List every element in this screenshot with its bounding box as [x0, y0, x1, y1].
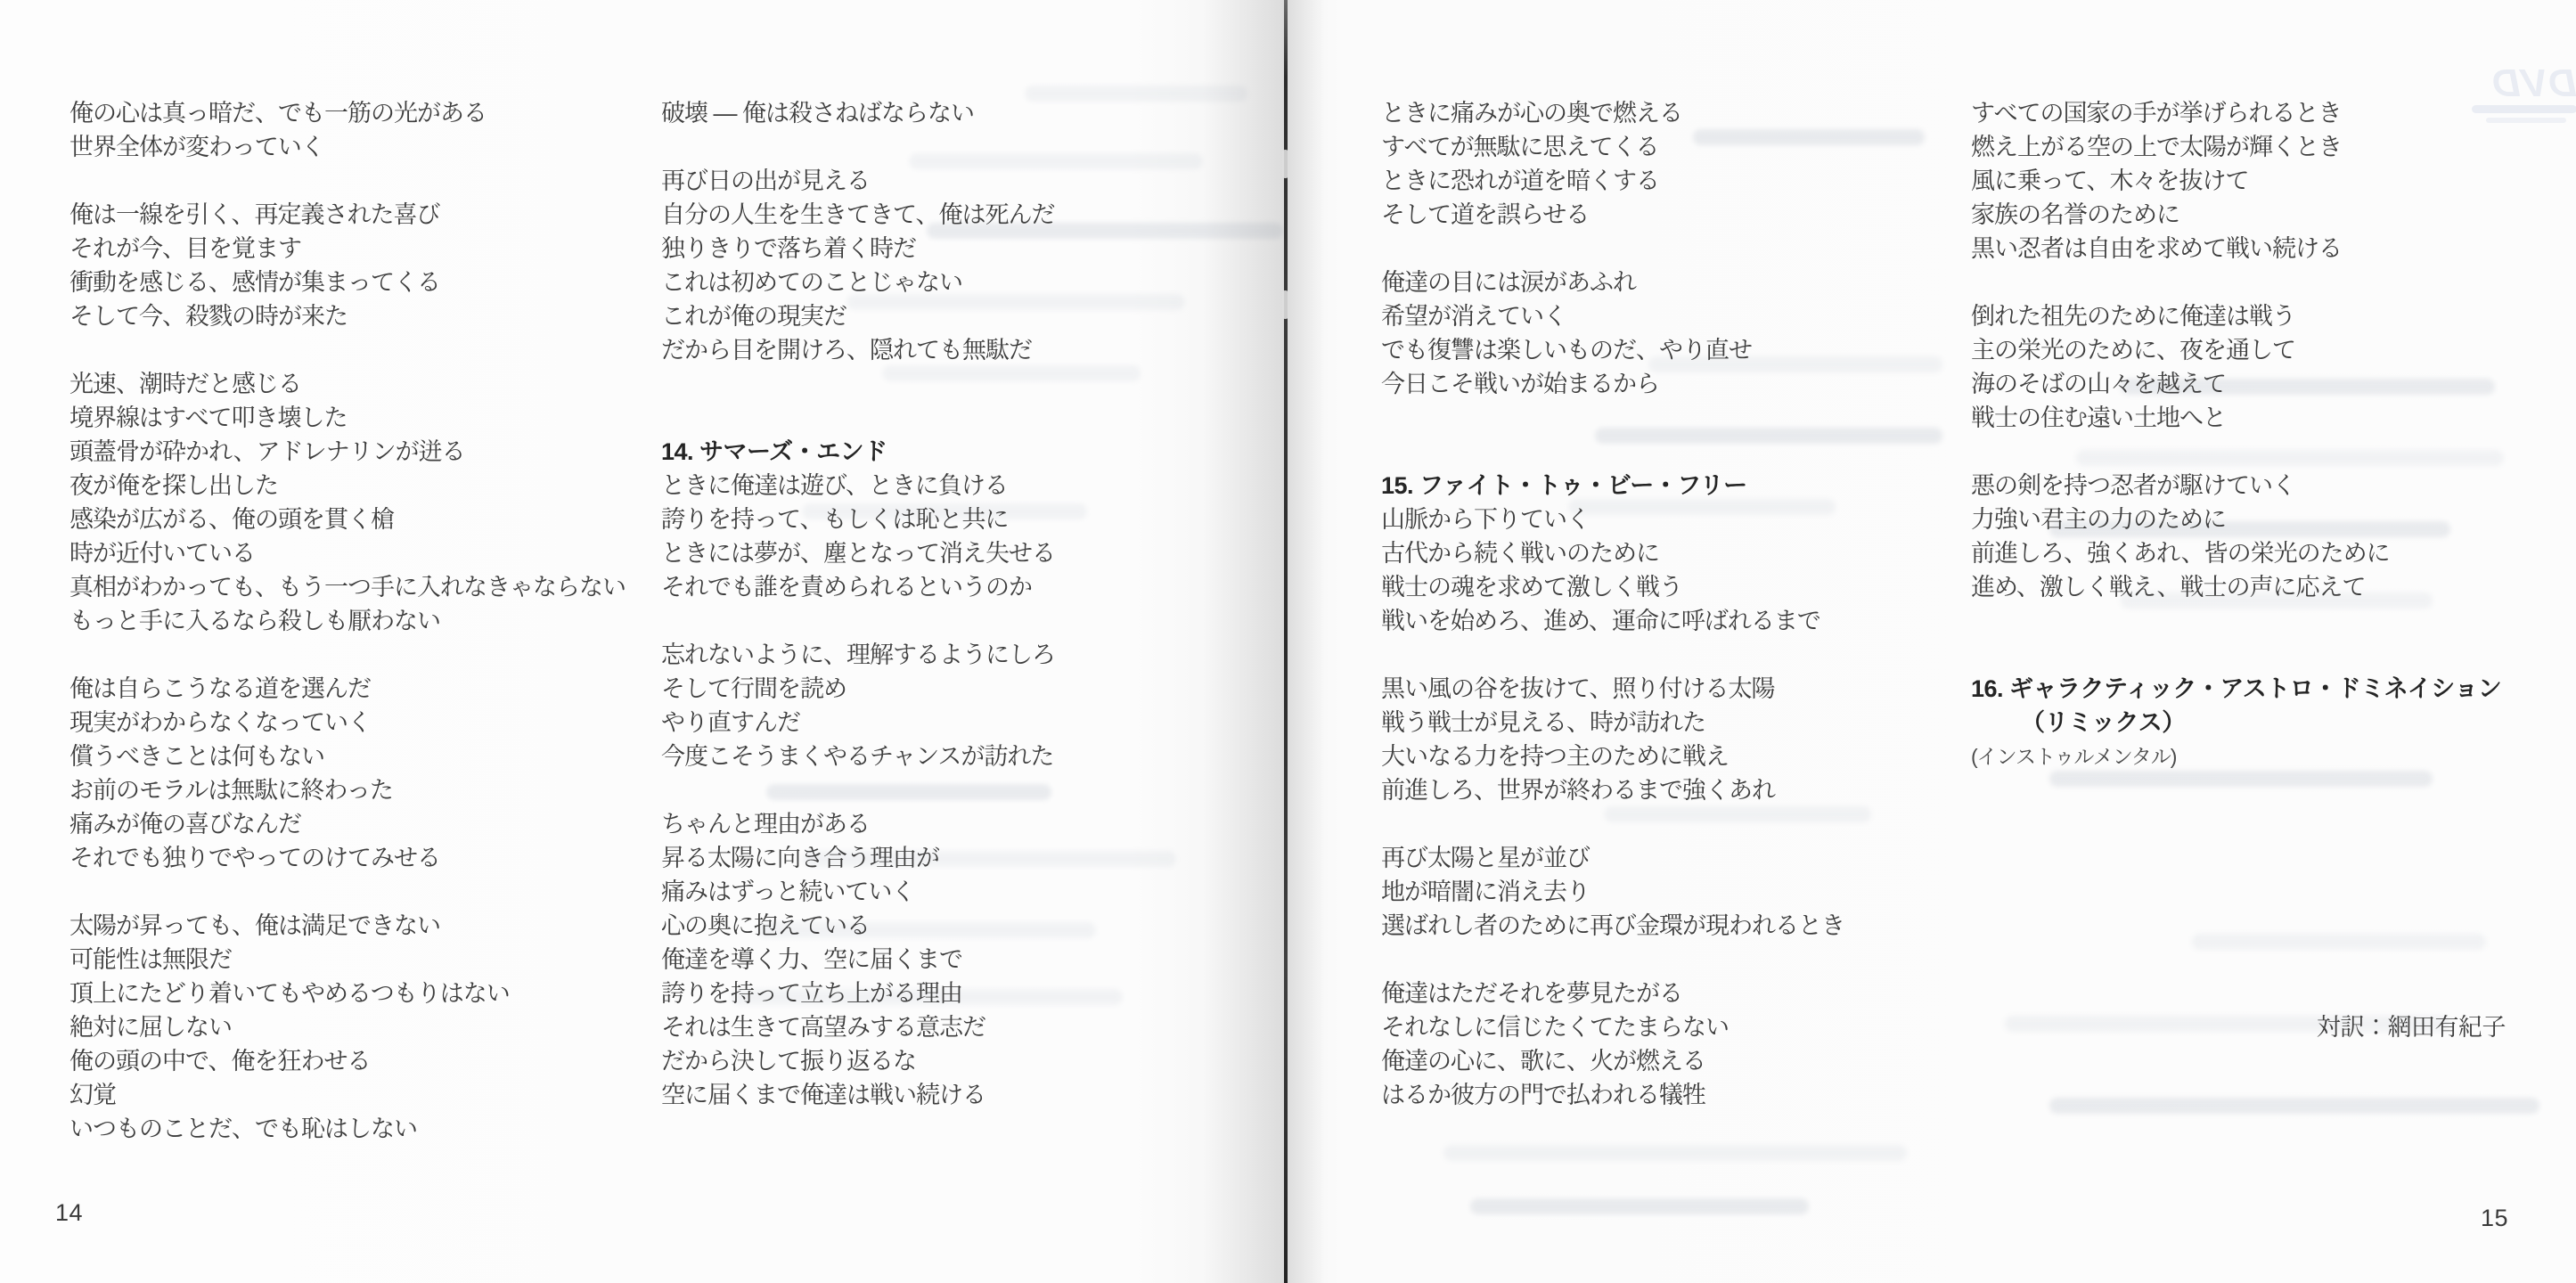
- stanza: ときに俺達は遊び、ときに負ける誇りを持って、もしくは恥と共にときには夢が、塵とな…: [661, 469, 1249, 604]
- stanza: 俺は一線を引く、再定義された喜びそれが今、目を覚ます衝動を感じる、感情が集まって…: [70, 198, 658, 333]
- lyrics-column-page15-right: すべての国家の手が挙げられるとき燃え上がる空の上で太陽が輝くとき風に乗って、木々…: [1971, 96, 2531, 807]
- lyric-line: 俺は一線を引く、再定義された喜び: [70, 198, 658, 232]
- lyric-line: ときに俺達は遊び、ときに負ける: [661, 469, 1249, 503]
- lyrics-column-page14-right: 破壊 ― 俺は殺さねばならない再び日の出が見える自分の人生を生きてきて、俺は死ん…: [661, 96, 1249, 1112]
- lyric-line: だから決して振り返るな: [661, 1044, 1249, 1078]
- lyric-line: 昇る太陽に向き合う理由が: [661, 841, 1249, 875]
- stanza: 俺は自らこうなる道を選んだ現実がわからなくなっていく償うべきことは何もないお前の…: [70, 672, 658, 875]
- lyric-line: すべてが無駄に思えてくる: [1381, 130, 1969, 164]
- lyric-line: ときに痛みが心の奥で燃える: [1381, 96, 1969, 130]
- lyric-line: 選ばれし者のために再び金環が現われるとき: [1381, 909, 1969, 943]
- track-title: 16. ギャラクティック・アストロ・ドミネイション（リミックス）: [1971, 672, 2531, 740]
- lyric-line: 幻覚: [70, 1078, 658, 1112]
- lyric-line: ときに恐れが道を暗くする: [1381, 164, 1969, 198]
- lyric-line: 俺の頭の中で、俺を狂わせる: [70, 1044, 658, 1078]
- lyric-line: 誇りを持って、もしくは恥と共に: [661, 503, 1249, 536]
- lyric-line: それでも独りでやってのけてみせる: [70, 841, 658, 875]
- lyric-line: 現実がわからなくなっていく: [70, 706, 658, 740]
- lyric-line: 夜が俺を探し出した: [70, 469, 658, 503]
- lyric-line: それが今、目を覚ます: [70, 232, 658, 266]
- page-number-right: 15: [2481, 1205, 2508, 1232]
- stanza: ちゃんと理由がある昇る太陽に向き合う理由が痛みはずっと続いていく心の奥に抱えてい…: [661, 807, 1249, 1112]
- track-note-line: (インストゥルメンタル): [1971, 740, 2531, 773]
- stanza: 俺の心は真っ暗だ、でも一筋の光がある世界全体が変わっていく: [70, 96, 658, 164]
- track-title-line: 16. ギャラクティック・アストロ・ドミネイション: [1971, 672, 2531, 706]
- lyric-line: 真相がわかっても、もう一つ手に入れなきゃならない: [70, 570, 658, 604]
- lyric-line: 海のそばの山々を越えて: [1971, 367, 2531, 401]
- lyric-line: 戦士の住む遠い土地へと: [1971, 401, 2531, 435]
- track-note: (インストゥルメンタル): [1971, 740, 2531, 773]
- lyric-line: それは生きて高望みする意志だ: [661, 1010, 1249, 1044]
- track-title: 15. ファイト・トゥ・ビー・フリー: [1381, 469, 1969, 503]
- lyric-line: もっと手に入るなら殺しも厭わない: [70, 604, 658, 638]
- lyric-line: 戦いを始めろ、進め、運命に呼ばれるまで: [1381, 604, 1969, 638]
- lyric-line: 世界全体が変わっていく: [70, 130, 658, 164]
- track-title-line: 15. ファイト・トゥ・ビー・フリー: [1381, 469, 1969, 503]
- lyric-line: 主の栄光のために、夜を通して: [1971, 333, 2531, 367]
- lyric-line: 頭蓋骨が砕かれ、アドレナリンが迸る: [70, 435, 658, 469]
- credit-wrap: 対訳：網田有紀子: [1971, 878, 2531, 1042]
- stanza: 倒れた祖先のために俺達は戦う主の栄光のために、夜を通して海のそばの山々を越えて戦…: [1971, 299, 2531, 435]
- lyric-line: 空に届くまで俺達は戦い続ける: [661, 1078, 1249, 1112]
- lyric-line: これが俺の現実だ: [661, 299, 1249, 333]
- lyrics-column-page15-left: ときに痛みが心の奥で燃えるすべてが無駄に思えてくるときに恐れが道を暗くするそして…: [1381, 96, 1969, 1112]
- bleedthrough-ghost: [2049, 1098, 2539, 1114]
- lyric-line: 黒い忍者は自由を求めて戦い続ける: [1971, 232, 2531, 266]
- lyric-line: 心の奥に抱えている: [661, 909, 1249, 943]
- lyric-line: はるか彼方の門で払われる犠牲: [1381, 1078, 1969, 1112]
- stanza: すべての国家の手が挙げられるとき燃え上がる空の上で太陽が輝くとき風に乗って、木々…: [1971, 96, 2531, 266]
- lyric-line: 力強い君主の力のために: [1971, 503, 2531, 536]
- stanza: 黒い風の谷を抜けて、照り付ける太陽戦う戦士が見える、時が訪れた大いなる力を持つ主…: [1381, 672, 1969, 807]
- lyric-line: 俺達の目には涙があふれ: [1381, 266, 1969, 299]
- stanza: 悪の剣を持つ忍者が駆けていく力強い君主の力のために前進しろ、強くあれ、皆の栄光の…: [1971, 469, 2531, 604]
- lyric-line: 戦士の魂を求めて激しく戦う: [1381, 570, 1969, 604]
- bleedthrough-ghost: [1470, 1198, 1809, 1214]
- stanza: 太陽が昇っても、俺は満足できない可能性は無限だ頂上にたどり着いてもやめるつもりは…: [70, 909, 658, 1146]
- lyric-line: それでも誰を責められるというのか: [661, 570, 1249, 604]
- stanza: 俺達はただそれを夢見たがるそれなしに信じたくてたまらない俺達の心に、歌に、火が燃…: [1381, 977, 1969, 1112]
- lyric-line: 俺達はただそれを夢見たがる: [1381, 977, 1969, 1010]
- lyrics-column-page14-left: 俺の心は真っ暗だ、でも一筋の光がある世界全体が変わっていく俺は一線を引く、再定義…: [70, 96, 658, 1146]
- lyric-line: 衝動を感じる、感情が集まってくる: [70, 266, 658, 299]
- stanza: 破壊 ― 俺は殺さねばならない: [661, 96, 1249, 130]
- lyric-line: 再び日の出が見える: [661, 164, 1249, 198]
- lyric-line: 光速、潮時だと感じる: [70, 367, 658, 401]
- lyric-line: 俺の心は真っ暗だ、でも一筋の光がある: [70, 96, 658, 130]
- lyric-line: 忘れないように、理解するようにしろ: [661, 638, 1249, 672]
- lyric-line: 境界線はすべて叩き壊した: [70, 401, 658, 435]
- lyric-line: そして今、殺戮の時が来た: [70, 299, 658, 333]
- lyric-line: 感染が広がる、俺の頭を貫く槍: [70, 503, 658, 536]
- stanza: 山脈から下りていく古代から続く戦いのために戦士の魂を求めて激しく戦う戦いを始めろ…: [1381, 503, 1969, 638]
- track-title-line: 14. サマーズ・エンド: [661, 435, 1249, 469]
- stanza: 光速、潮時だと感じる境界線はすべて叩き壊した頭蓋骨が砕かれ、アドレナリンが迸る夜…: [70, 367, 658, 638]
- track-title: 14. サマーズ・エンド: [661, 435, 1249, 469]
- lyric-line: 破壊 ― 俺は殺さねばならない: [661, 96, 1249, 130]
- lyric-line: 痛みが俺の喜びなんだ: [70, 807, 658, 841]
- lyric-line: 地が暗闇に消え去り: [1381, 875, 1969, 909]
- lyric-line: 今日こそ戦いが始まるから: [1381, 367, 1969, 401]
- lyric-line: 自分の人生を生きてきて、俺は死んだ: [661, 198, 1249, 232]
- lyric-line: お前のモラルは無駄に終わった: [70, 773, 658, 807]
- lyric-line: 戦う戦士が見える、時が訪れた: [1381, 706, 1969, 740]
- lyric-line: 今度こそうまくやるチャンスが訪れた: [661, 740, 1249, 773]
- lyric-line: でも復讐は楽しいものだ、やり直せ: [1381, 333, 1969, 367]
- translator-credit: 対訳：網田有紀子: [1971, 1008, 2531, 1042]
- lyric-line: これは初めてのことじゃない: [661, 266, 1249, 299]
- bleedthrough-ghost: [1443, 1145, 1907, 1161]
- lyric-line: 時が近付いている: [70, 536, 658, 570]
- lyric-line: だから目を開けろ、隠れても無駄だ: [661, 333, 1249, 367]
- lyric-line: 可能性は無限だ: [70, 943, 658, 977]
- lyric-line: 前進しろ、強くあれ、皆の栄光のために: [1971, 536, 2531, 570]
- lyric-line: ときには夢が、塵となって消え失せる: [661, 536, 1249, 570]
- lyric-line: 償うべきことは何もない: [70, 740, 658, 773]
- stanza: 俺達の目には涙があふれ希望が消えていくでも復讐は楽しいものだ、やり直せ今日こそ戦…: [1381, 266, 1969, 401]
- lyric-line: 再び太陽と星が並び: [1381, 841, 1969, 875]
- stanza: 忘れないように、理解するようにしろそして行間を読めやり直すんだ今度こそうまくやる…: [661, 638, 1249, 773]
- lyric-line: 大いなる力を持つ主のために戦え: [1381, 740, 1969, 773]
- lyric-line: 家族の名誉のために: [1971, 198, 2531, 232]
- page-number-left: 14: [55, 1199, 83, 1227]
- lyric-line: それなしに信じたくてたまらない: [1381, 1010, 1969, 1044]
- lyric-line: 悪の剣を持つ忍者が駆けていく: [1971, 469, 2531, 503]
- lyric-line: 倒れた祖先のために俺達は戦う: [1971, 299, 2531, 333]
- staple-glint: [1282, 290, 1288, 319]
- lyric-line: 希望が消えていく: [1381, 299, 1969, 333]
- fold-shadow: [1203, 0, 1284, 1283]
- lyric-line: ちゃんと理由がある: [661, 807, 1249, 841]
- lyric-line: やり直すんだ: [661, 706, 1249, 740]
- lyric-line: 俺達を導く力、空に届くまで: [661, 943, 1249, 977]
- lyric-line: 古代から続く戦いのために: [1381, 536, 1969, 570]
- lyric-line: 進め、激しく戦え、戦士の声に応えて: [1971, 570, 2531, 604]
- lyric-line: 黒い風の谷を抜けて、照り付ける太陽: [1381, 672, 1969, 706]
- stanza: 再び日の出が見える自分の人生を生きてきて、俺は死んだ独りきりで落ち着く時だこれは…: [661, 164, 1249, 367]
- lyric-line: 燃え上がる空の上で太陽が輝くとき: [1971, 130, 2531, 164]
- lyric-line: 山脈から下りていく: [1381, 503, 1969, 536]
- lyric-line: 独りきりで落ち着く時だ: [661, 232, 1249, 266]
- lyric-line: 風に乗って、木々を抜けて: [1971, 164, 2531, 198]
- stanza: 再び太陽と星が並び地が暗闇に消え去り選ばれし者のために再び金環が現われるとき: [1381, 841, 1969, 943]
- booklet-scan: DVD 俺の心は真っ暗だ、でも一筋の光がある世界全体が変わっていく俺は一線を引く…: [0, 0, 2576, 1283]
- lyric-line: 太陽が昇っても、俺は満足できない: [70, 909, 658, 943]
- lyric-line: 俺達の心に、歌に、火が燃える: [1381, 1044, 1969, 1078]
- fold-shadow: [1288, 0, 1325, 1283]
- lyric-line: そして行間を読め: [661, 672, 1249, 706]
- lyric-line: いつものことだ、でも恥はしない: [70, 1112, 658, 1146]
- lyric-line: 誇りを持って立ち上がる理由: [661, 977, 1249, 1010]
- lyric-line: 頂上にたどり着いてもやめるつもりはない: [70, 977, 658, 1010]
- lyric-line: そして道を誤らせる: [1381, 198, 1969, 232]
- staple-glint: [1282, 150, 1288, 178]
- lyric-line: 痛みはずっと続いていく: [661, 875, 1249, 909]
- lyric-line: 俺は自らこうなる道を選んだ: [70, 672, 658, 706]
- stanza: ときに痛みが心の奥で燃えるすべてが無駄に思えてくるときに恐れが道を暗くするそして…: [1381, 96, 1969, 232]
- lyric-line: 絶対に屈しない: [70, 1010, 658, 1044]
- lyric-line: すべての国家の手が挙げられるとき: [1971, 96, 2531, 130]
- track-title-line: （リミックス）: [1971, 706, 2531, 740]
- lyric-line: 前進しろ、世界が終わるまで強くあれ: [1381, 773, 1969, 807]
